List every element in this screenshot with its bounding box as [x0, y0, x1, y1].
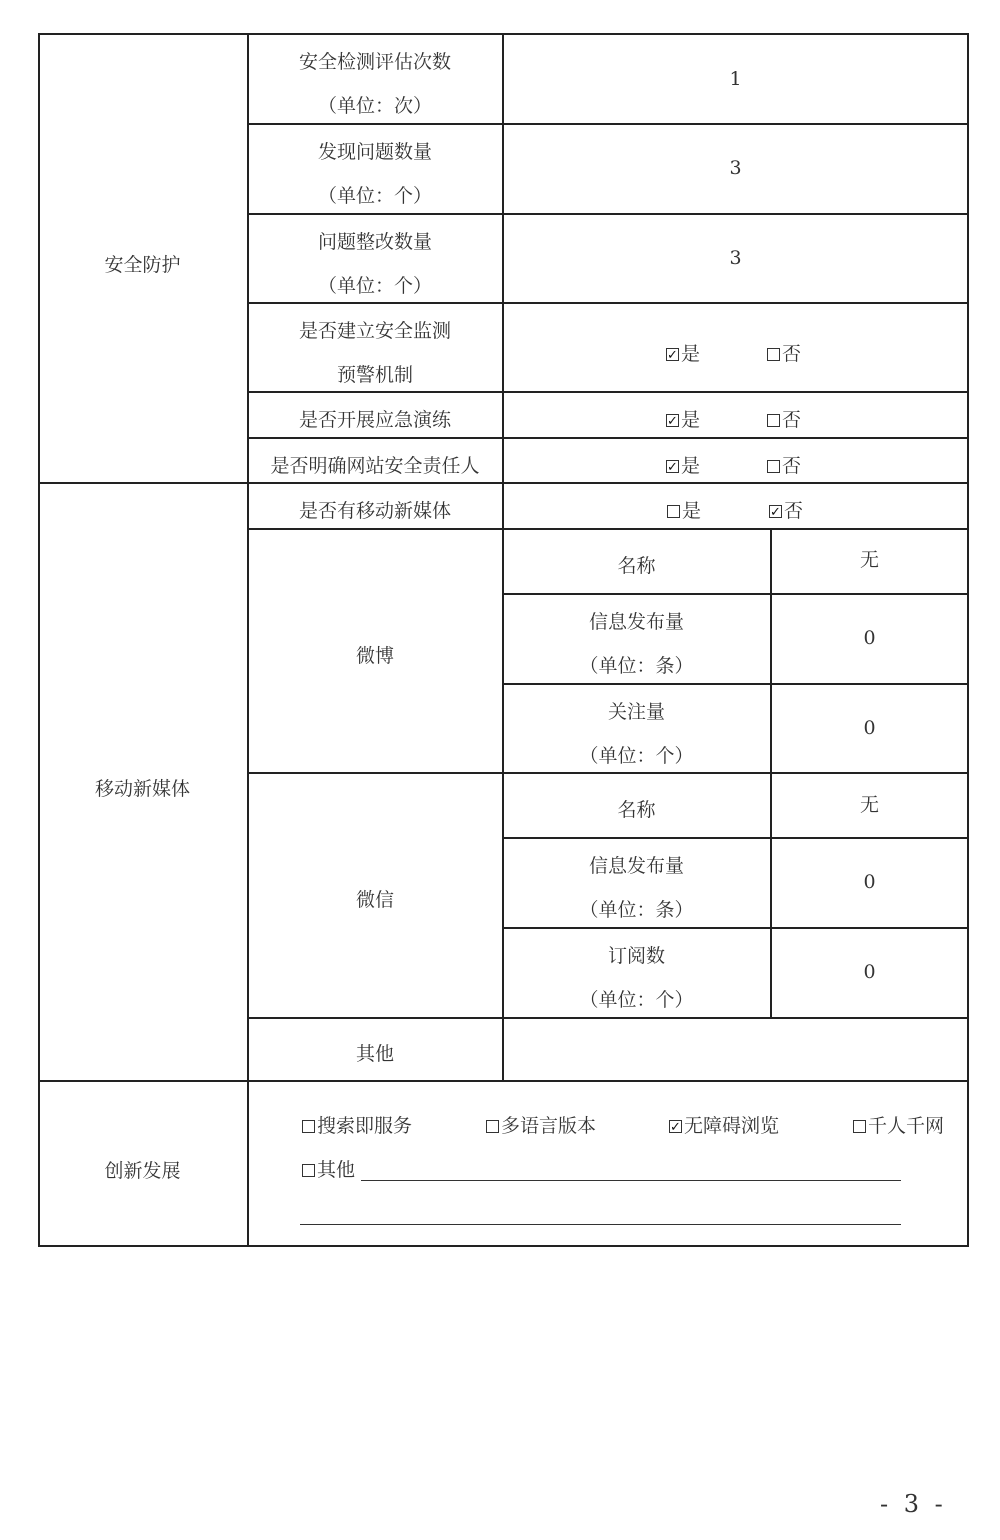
no-option[interactable]: 否: [769, 499, 803, 523]
row-label-cont: 预警机制: [247, 353, 503, 397]
option-accessibility[interactable]: 无障碍浏览: [669, 1114, 779, 1138]
option-multilanguage[interactable]: 多语言版本: [486, 1114, 596, 1138]
weibo-posts-label: 信息发布量: [503, 600, 770, 644]
wechat-name-label: 名称: [503, 788, 770, 832]
no-option[interactable]: 否: [767, 454, 801, 478]
yes-option[interactable]: 是: [666, 454, 700, 478]
other-fill-line-2[interactable]: [300, 1224, 901, 1225]
wechat-posts-unit: （单位：条）: [503, 888, 770, 932]
yes-option[interactable]: 是: [666, 408, 700, 432]
checkbox-empty-icon[interactable]: [767, 414, 780, 427]
row-value: 3: [503, 146, 968, 190]
checkbox-empty-icon[interactable]: [302, 1164, 315, 1177]
section-label-security: 安全防护: [38, 243, 247, 287]
no-option[interactable]: 否: [767, 408, 801, 432]
row-label: 发现问题数量: [247, 130, 503, 174]
checkbox-empty-icon[interactable]: [486, 1120, 499, 1133]
no-option[interactable]: 否: [767, 342, 801, 366]
checkbox-empty-icon[interactable]: [302, 1120, 315, 1133]
row-unit: （单位：个）: [247, 174, 503, 218]
page-number: - 3 -: [880, 1490, 947, 1518]
row-label: 是否建立安全监测: [247, 309, 503, 353]
checkbox-empty-icon[interactable]: [667, 505, 680, 518]
section-label-mobile: 移动新媒体: [38, 767, 247, 811]
row-value: 1: [503, 57, 968, 101]
checkbox-checked-icon[interactable]: [666, 414, 679, 427]
section-divider: [38, 482, 969, 484]
checkbox-empty-icon[interactable]: [853, 1120, 866, 1133]
table-border-bottom: [38, 1245, 969, 1247]
wechat-subs-unit: （单位：个）: [503, 978, 770, 1022]
section-divider: [38, 1080, 969, 1082]
yes-option[interactable]: 是: [666, 342, 700, 366]
checkbox-empty-icon[interactable]: [767, 348, 780, 361]
row-label: 问题整改数量: [247, 220, 503, 264]
option-personalized[interactable]: 千人千网: [853, 1114, 944, 1138]
row-unit: （单位：个）: [247, 264, 503, 308]
weibo-name-label: 名称: [503, 544, 770, 588]
wechat-subs-label: 订阅数: [503, 934, 770, 978]
section-label-innovation: 创新发展: [38, 1149, 247, 1193]
weibo-posts-value: 0: [771, 616, 968, 660]
row-divider: [502, 593, 969, 595]
yes-option[interactable]: 是: [667, 499, 701, 523]
wechat-posts-value: 0: [771, 860, 968, 904]
checkbox-checked-icon[interactable]: [769, 505, 782, 518]
weibo-follow-unit: （单位：个）: [503, 734, 770, 778]
weibo-label: 微博: [247, 634, 503, 678]
row-label: 安全检测评估次数: [247, 40, 503, 84]
weibo-posts-unit: （单位：条）: [503, 644, 770, 688]
table-border-top: [38, 33, 969, 35]
weibo-follow-value: 0: [771, 706, 968, 750]
weibo-name-value: 无: [771, 538, 968, 582]
row-label: 是否有移动新媒体: [247, 489, 503, 533]
checkbox-empty-icon[interactable]: [767, 460, 780, 473]
wechat-subs-value: 0: [771, 950, 968, 994]
wechat-name-value: 无: [771, 783, 968, 827]
checkbox-checked-icon[interactable]: [666, 460, 679, 473]
table-border-left: [38, 33, 40, 1246]
other-fill-line[interactable]: [361, 1180, 901, 1181]
row-unit: （单位：次）: [247, 84, 503, 128]
row-label: 是否开展应急演练: [247, 398, 503, 442]
row-label: 是否明确网站安全责任人: [247, 444, 503, 488]
option-search-service[interactable]: 搜索即服务: [302, 1114, 412, 1138]
weibo-follow-label: 关注量: [503, 690, 770, 734]
row-divider: [502, 837, 969, 839]
wechat-label: 微信: [247, 878, 503, 922]
row-value: 3: [503, 236, 968, 280]
checkbox-checked-icon[interactable]: [669, 1120, 682, 1133]
wechat-posts-label: 信息发布量: [503, 844, 770, 888]
option-other[interactable]: 其他: [302, 1158, 355, 1182]
other-label: 其他: [247, 1032, 503, 1076]
checkbox-checked-icon[interactable]: [666, 348, 679, 361]
